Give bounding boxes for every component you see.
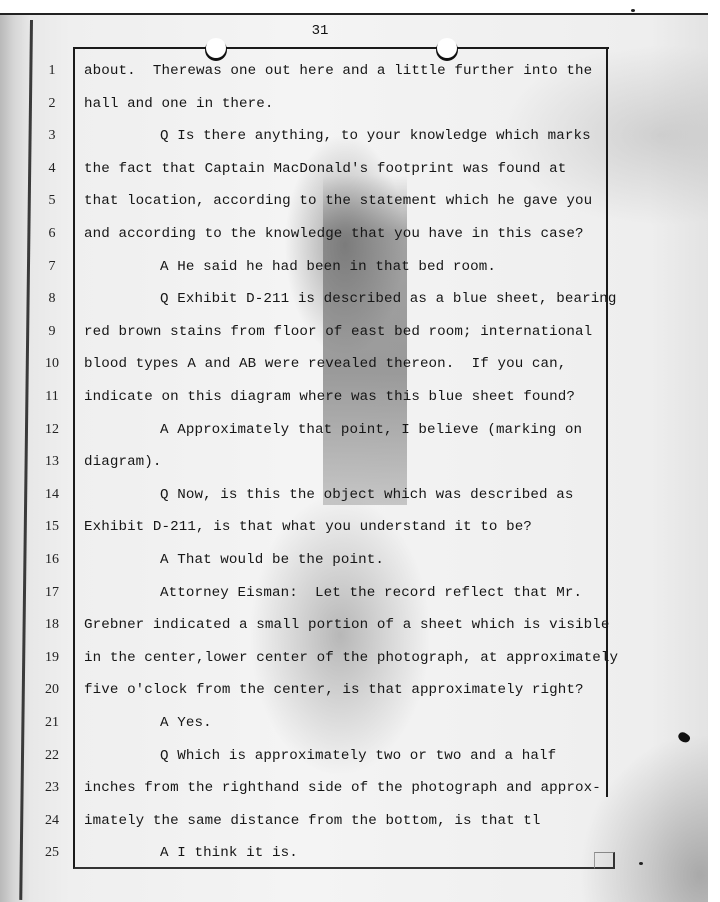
ink-dot (639, 862, 643, 865)
line-number: 14 (40, 487, 64, 503)
line-number: 9 (40, 324, 64, 340)
transcript-line: diagram). (84, 454, 162, 470)
line-number: 6 (40, 226, 64, 242)
transcript-line: five o'clock from the center, is that ap… (84, 682, 584, 698)
transcript-line: A Approximately that point, I believe (m… (160, 422, 582, 438)
line-number: 7 (40, 259, 64, 275)
corner-mark (594, 852, 615, 869)
line-number: 4 (40, 161, 64, 177)
line-number: 11 (40, 389, 64, 405)
transcript-line: hall and one in there. (84, 96, 274, 112)
line-number: 24 (40, 813, 64, 829)
page-number: 31 (300, 23, 340, 39)
transcript-line: imately the same distance from the botto… (84, 813, 541, 829)
transcript-line: inches from the righthand side of the ph… (84, 780, 601, 796)
transcript-line: about. Therewas one out here and a littl… (84, 63, 592, 79)
line-number: 22 (40, 748, 64, 764)
line-number: 12 (40, 422, 64, 438)
transcript-line: Q Now, is this the object which was desc… (160, 487, 573, 503)
transcript-line: Q Is there anything, to your knowledge w… (160, 128, 591, 144)
transcript-line: Attorney Eisman: Let the record reflect … (160, 585, 582, 601)
transcript-line: that location, according to the statemen… (84, 193, 592, 209)
transcript-line: A Yes. (160, 715, 212, 731)
line-number: 19 (40, 650, 64, 666)
transcript-line: in the center,lower center of the photog… (84, 650, 618, 666)
line-number: 13 (40, 454, 64, 470)
line-number: 3 (40, 128, 64, 144)
transcript-line: Grebner indicated a small portion of a s… (84, 617, 609, 633)
line-number: 8 (40, 291, 64, 307)
line-number: 5 (40, 193, 64, 209)
line-number: 1 (40, 63, 64, 79)
line-number: 16 (40, 552, 64, 568)
line-number: 18 (40, 617, 64, 633)
line-number: 21 (40, 715, 64, 731)
transcript-line: indicate on this diagram where was this … (84, 389, 575, 405)
transcript-line: the fact that Captain MacDonald's footpr… (84, 161, 566, 177)
line-number: 2 (40, 96, 64, 112)
transcript-line: Q Exhibit D-211 is described as a blue s… (160, 291, 617, 307)
transcript-line: A He said he had been in that bed room. (160, 259, 496, 275)
line-number: 10 (40, 356, 64, 372)
punch-hole-right (437, 38, 457, 58)
ink-dot (631, 9, 635, 12)
punch-hole-left (206, 38, 226, 58)
transcript-line: A I think it is. (160, 845, 298, 861)
line-number: 23 (40, 780, 64, 796)
line-number: 17 (40, 585, 64, 601)
line-number: 25 (40, 845, 64, 861)
transcript-line: Q Which is approximately two or two and … (160, 748, 556, 764)
transcript-line: Exhibit D-211, is that what you understa… (84, 519, 532, 535)
transcript-line: A That would be the point. (160, 552, 384, 568)
transcript-line: blood types A and AB were revealed there… (84, 356, 566, 372)
transcript-line: and according to the knowledge that you … (84, 226, 584, 242)
transcript-line: red brown stains from floor of east bed … (84, 324, 592, 340)
line-number: 20 (40, 682, 64, 698)
line-number: 15 (40, 519, 64, 535)
text-frame-right-rule (606, 47, 608, 797)
